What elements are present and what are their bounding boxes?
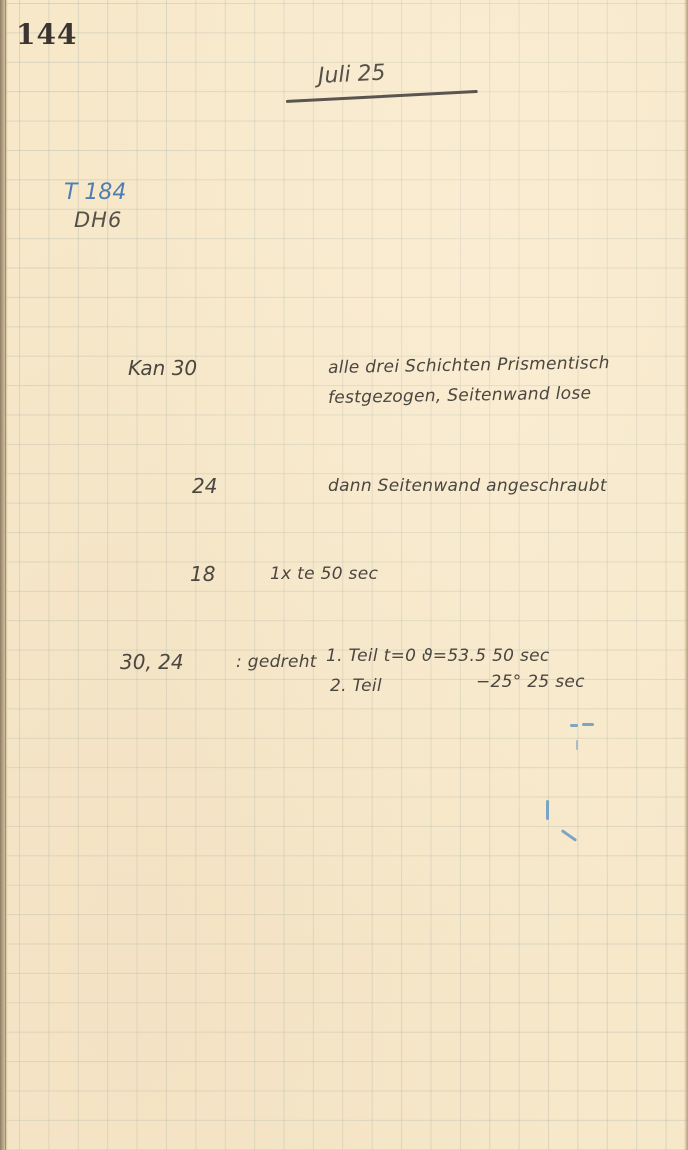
blue-mark: [570, 724, 578, 727]
blue-pencil-marks: [540, 718, 620, 868]
entry-text: 1x te 50 sec: [270, 564, 378, 584]
binding-line: [5, 0, 6, 1150]
blue-mark: [576, 740, 578, 750]
entry-label-24: 24: [192, 474, 217, 498]
entry-text: dann Seitenwand angeschraubt: [328, 476, 607, 496]
entry-label-30-24: 30, 24: [120, 650, 184, 674]
blue-mark: [546, 800, 549, 820]
entry-label-18: 18: [190, 562, 215, 586]
entry-text: 2. Teil: [330, 676, 382, 696]
entry-text: alle drei Schichten Prismentisch: [328, 353, 610, 378]
date-underline: [286, 90, 478, 103]
page-number: 144: [16, 18, 77, 51]
notebook-page: 144 Juli 25 T 184 DH6 Kan 30 alle drei S…: [0, 0, 688, 1150]
entry-text: festgezogen, Seitenwand lose: [328, 383, 592, 408]
reference-t184: T 184: [64, 180, 126, 205]
date-heading: Juli 25: [317, 60, 386, 89]
entry-text: −25° 25 sec: [476, 672, 585, 692]
blue-mark: [582, 723, 594, 726]
binding-edge: [0, 0, 8, 1150]
entry-text: : gedreht: [236, 652, 317, 672]
page-right-edge: [684, 0, 688, 1150]
reference-dh6: DH6: [74, 208, 122, 232]
entry-label-kan30: Kan 30: [128, 356, 197, 380]
entry-text: 1. Teil t=0 ϑ=53.5 50 sec: [326, 646, 550, 666]
blue-mark: [561, 829, 577, 842]
